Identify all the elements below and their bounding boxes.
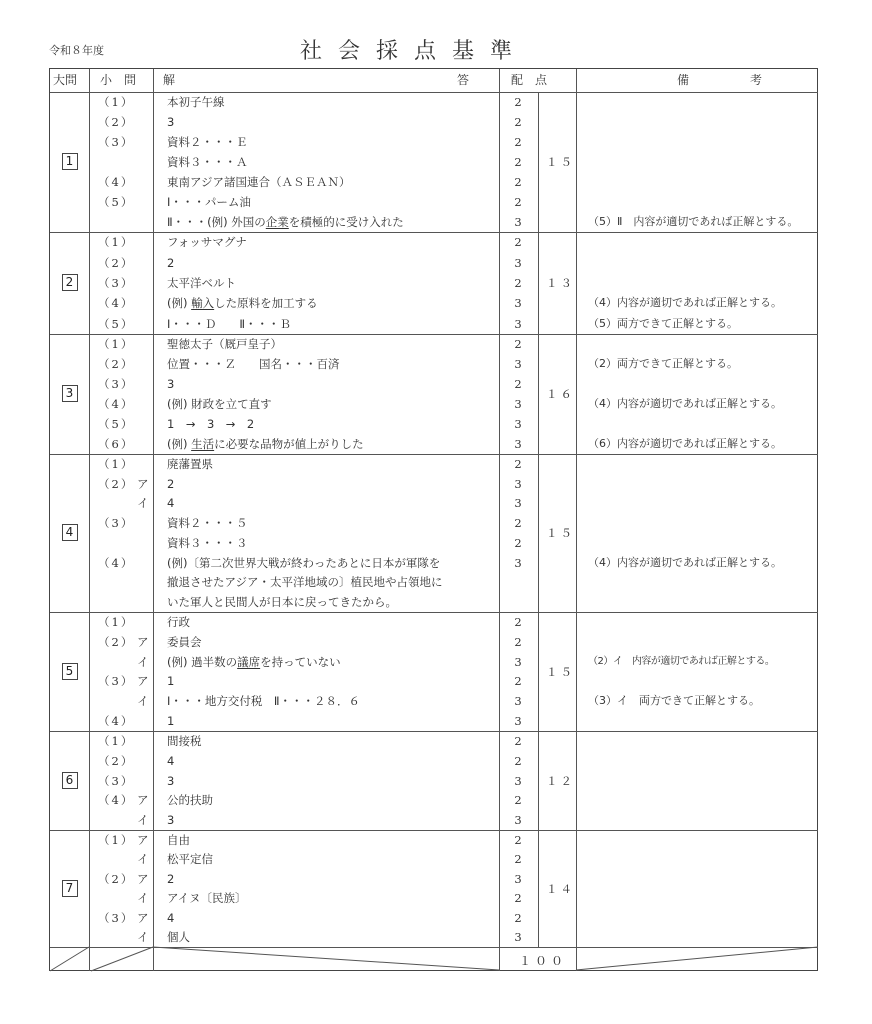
footer-diagonal-strikes [50, 69, 818, 971]
era-label: 令和８年度 [49, 42, 104, 58]
page-title: 社会採点基準 [300, 34, 580, 65]
scoring-table: 大問 小 問 解 答 配 点 備 考 1１５（1）本初子午線2（2）32（3）資… [49, 68, 818, 971]
